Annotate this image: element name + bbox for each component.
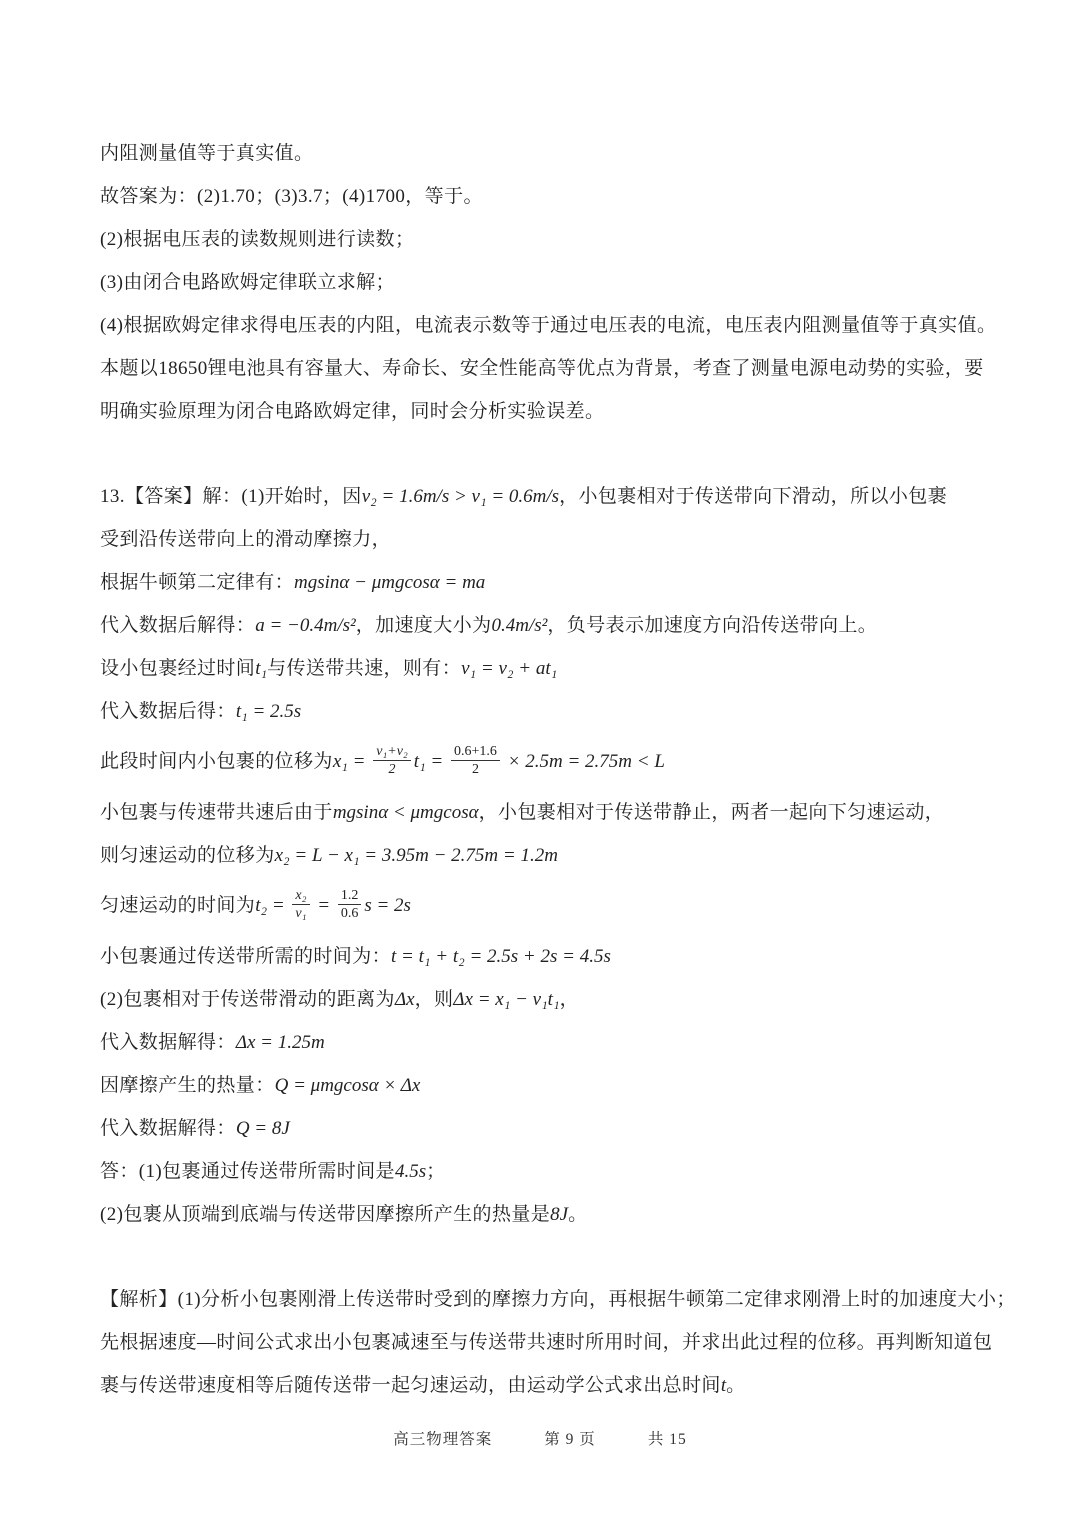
text-line: 设小包裹经过时间t₁与传送带共速，则有：v₁ = v₂ + at₁ <box>100 647 988 690</box>
body-text: (3)由闭合电路欧姆定律联立求解； <box>100 272 395 293</box>
body-text: 代入数据后得： <box>100 701 236 722</box>
math-text: = <box>313 895 335 916</box>
body-text: 小包裹与传速带共速后由于 <box>100 802 333 823</box>
text-line: 代入数据后得：t₁ = 2.5s <box>100 690 988 733</box>
page-footer: 高三物理答案 第 9 页 共 15 <box>0 1427 1080 1449</box>
math-text: 4.5s <box>395 1161 426 1182</box>
footer-total-pages: 共 15 <box>648 1427 687 1449</box>
body-text: 故答案为：(2)1.70；(3)3.7；(4)1700，等于。 <box>100 186 483 207</box>
body-text: 与传送带共速，则有： <box>267 658 461 679</box>
body-text: 匀速运动的时间为 <box>100 895 255 916</box>
body-text: ，小包裹相对于传送带向下滑动，所以小包裹 <box>559 486 947 507</box>
math-text: mgsinα − μmgcosα = ma <box>294 572 485 593</box>
body-text: ，加速度大小为 <box>356 615 492 636</box>
body-text: ； <box>426 1161 445 1182</box>
text-line: (2)包裹从顶端到底端与传送带因摩擦所产生的热量是8J。 <box>100 1193 988 1236</box>
math-text: Δx <box>395 989 415 1010</box>
text-line: 匀速运动的时间为t₂ = x₂v₁ = 1.20.6s = 2s <box>100 877 988 935</box>
math-text: t₁ = <box>414 751 448 772</box>
math-text: x₁ = <box>333 751 370 772</box>
math-text: mgsinα < μmgcosα <box>333 802 479 823</box>
math-text: x₂ = L − x₁ = 3.95m − 2.75m = 1.2m <box>275 845 558 866</box>
math-text: × 2.5m = 2.75m < L <box>503 751 665 772</box>
text-line: (4)根据欧姆定律求得电压表的内阻，电流表示数等于通过电压表的电流，电压表内阻测… <box>100 304 988 347</box>
math-text: v₂ = 1.6m/s > v₁ = 0.6m/s <box>362 486 559 507</box>
math-text: t = t₁ + t₂ = 2.5s + 2s = 4.5s <box>391 946 611 967</box>
body-text: 。 <box>726 1375 745 1396</box>
text-line: 13.【答案】解：(1)开始时，因v₂ = 1.6m/s > v₁ = 0.6m… <box>100 475 988 518</box>
body-text: ，则 <box>415 989 454 1010</box>
body-text: 先根据速度—时间公式求出小包裹减速至与传送带共速时所用时间，并求出此过程的位移。… <box>100 1332 992 1353</box>
text-line: 答：(1)包裹通过传送带所需时间是4.5s； <box>100 1150 988 1193</box>
text-line: 【解析】(1)分析小包裹刚滑上传送带时受到的摩擦力方向，再根据牛顿第二定律求刚滑… <box>100 1278 988 1321</box>
body-text: 明确实验原理为闭合电路欧姆定律，同时会分析实验误差。 <box>100 401 604 422</box>
text-line: 故答案为：(2)1.70；(3)3.7；(4)1700，等于。 <box>100 175 988 218</box>
body-text: (2)包裹相对于传送带滑动的距离为 <box>100 989 395 1010</box>
text-line: 代入数据解得：Δx = 1.25m <box>100 1021 988 1064</box>
fraction: 0.6+1.62 <box>451 743 500 779</box>
body-text: ， <box>560 989 579 1010</box>
text-line: 受到沿传送带向上的滑动摩擦力， <box>100 518 988 561</box>
body-text: 代入数据解得： <box>100 1118 236 1139</box>
body-text: 答：(1)包裹通过传送带所需时间是 <box>100 1161 395 1182</box>
fraction: v₁+v₂2 <box>373 743 411 779</box>
math-text: v₁ = v₂ + at₁ <box>461 658 557 679</box>
answer-sheet-page: 内阻测量值等于真实值。故答案为：(2)1.70；(3)3.7；(4)1700，等… <box>0 0 1080 1529</box>
body-text: 裹与传送带速度相等后随传送带一起匀速运动，由运动学公式求出总时间 <box>100 1375 721 1396</box>
body-text: ，小包裹相对于传送带静止，两者一起向下匀速运动， <box>479 802 945 823</box>
text-line: 小包裹通过传送带所需的时间为：t = t₁ + t₂ = 2.5s + 2s =… <box>100 935 988 978</box>
text-line: 明确实验原理为闭合电路欧姆定律，同时会分析实验误差。 <box>100 390 988 433</box>
math-text: 8J <box>550 1204 568 1225</box>
body-text: 则匀速运动的位移为 <box>100 845 275 866</box>
body-text: 根据牛顿第二定律有： <box>100 572 294 593</box>
body-text: (4)根据欧姆定律求得电压表的内阻，电流表示数等于通过电压表的电流，电压表内阻测… <box>100 315 996 336</box>
body-text: 小包裹通过传送带所需的时间为： <box>100 946 391 967</box>
math-text: t₂ = <box>255 895 289 916</box>
math-text: Δx = x₁ − v₁t₁ <box>453 989 559 1010</box>
body-text: 本题以18650锂电池具有容量大、寿命长、安全性能高等优点为背景，考查了测量电源… <box>100 358 984 379</box>
body-text: 内阻测量值等于真实值。 <box>100 143 313 164</box>
math-text: s = 2s <box>364 895 411 916</box>
math-text: a = −0.4m/s² <box>255 615 355 636</box>
body-text: (2)根据电压表的读数规则进行读数； <box>100 229 414 250</box>
math-text: t₁ = 2.5s <box>236 701 301 722</box>
body-text: 因摩擦产生的热量： <box>100 1075 275 1096</box>
body-text: 代入数据后解得： <box>100 615 255 636</box>
text-line: 小包裹与传速带共速后由于mgsinα < μmgcosα，小包裹相对于传送带静止… <box>100 791 988 834</box>
body-text: ，负号表示加速度方向沿传送带向上。 <box>547 615 877 636</box>
text-line: 先根据速度—时间公式求出小包裹减速至与传送带共速时所用时间，并求出此过程的位移。… <box>100 1321 988 1364</box>
text-line: (3)由闭合电路欧姆定律联立求解； <box>100 261 988 304</box>
math-text: Q = 8J <box>236 1118 290 1139</box>
text-line: 内阻测量值等于真实值。 <box>100 132 988 175</box>
math-text: 0.4m/s² <box>492 615 548 636</box>
math-text: Δx = 1.25m <box>236 1032 325 1053</box>
body-text: 受到沿传送带向上的滑动摩擦力， <box>100 529 391 550</box>
text-line: 本题以18650锂电池具有容量大、寿命长、安全性能高等优点为背景，考查了测量电源… <box>100 347 988 390</box>
footer-doc-title: 高三物理答案 <box>393 1427 492 1449</box>
document-body: 内阻测量值等于真实值。故答案为：(2)1.70；(3)3.7；(4)1700，等… <box>100 132 988 1407</box>
text-line: 代入数据后解得：a = −0.4m/s²，加速度大小为0.4m/s²，负号表示加… <box>100 604 988 647</box>
text-line: (2)包裹相对于传送带滑动的距离为Δx，则Δx = x₁ − v₁t₁， <box>100 978 988 1021</box>
body-text: 设小包裹经过时间 <box>100 658 255 679</box>
text-line: 此段时间内小包裹的位移为x₁ = v₁+v₂2t₁ = 0.6+1.62 × 2… <box>100 733 988 791</box>
text-line: 因摩擦产生的热量：Q = μmgcosα × Δx <box>100 1064 988 1107</box>
math-text: Q = μmgcosα × Δx <box>275 1075 421 1096</box>
body-text: 13.【答案】解：(1)开始时，因 <box>100 486 362 507</box>
fraction: x₂v₁ <box>292 887 309 923</box>
text-line: 则匀速运动的位移为x₂ = L − x₁ = 3.95m − 2.75m = 1… <box>100 834 988 877</box>
math-text: t₁ <box>255 658 267 679</box>
body-text: 代入数据解得： <box>100 1032 236 1053</box>
footer-page-number: 第 9 页 <box>544 1427 596 1449</box>
text-line: 根据牛顿第二定律有：mgsinα − μmgcosα = ma <box>100 561 988 604</box>
text-line: (2)根据电压表的读数规则进行读数； <box>100 218 988 261</box>
fraction: 1.20.6 <box>338 887 362 923</box>
text-line: 裹与传送带速度相等后随传送带一起匀速运动，由运动学公式求出总时间t。 <box>100 1364 988 1407</box>
text-line: 代入数据解得：Q = 8J <box>100 1107 988 1150</box>
body-text: 【解析】(1)分析小包裹刚滑上传送带时受到的摩擦力方向，再根据牛顿第二定律求刚滑… <box>100 1289 1016 1310</box>
body-text: (2)包裹从顶端到底端与传送带因摩擦所产生的热量是 <box>100 1204 550 1225</box>
body-text: 。 <box>568 1204 587 1225</box>
body-text: 此段时间内小包裹的位移为 <box>100 751 333 772</box>
